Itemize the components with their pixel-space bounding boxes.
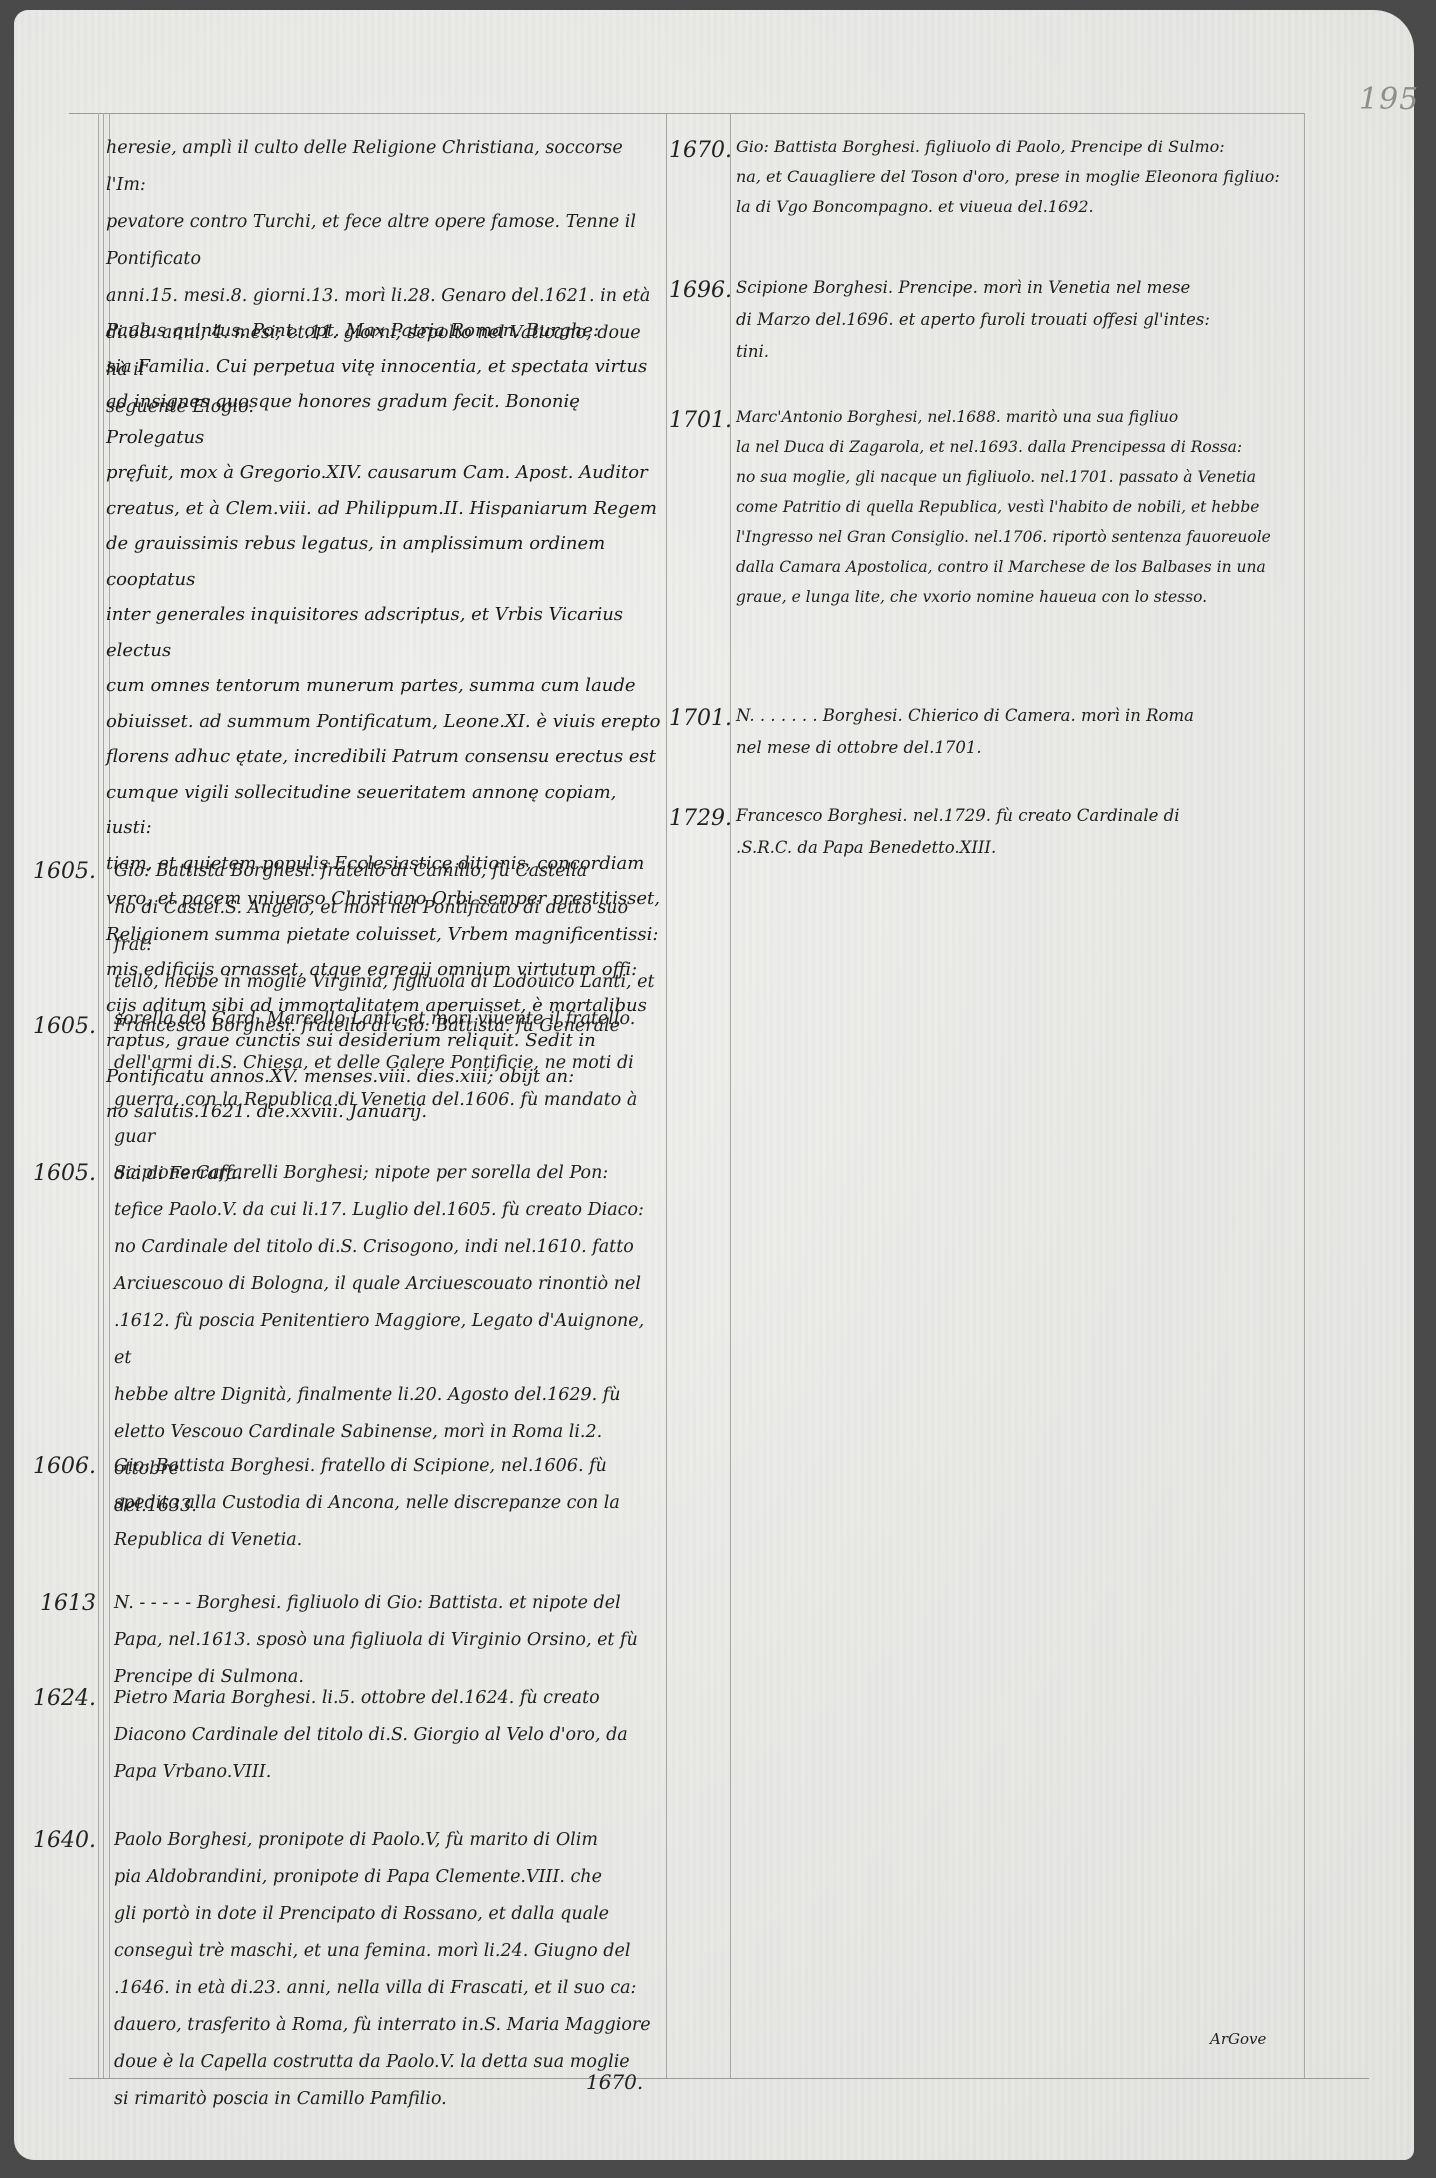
entry-year: 1613 (14, 1585, 96, 1622)
footer-year-marker: 1670. (586, 2070, 643, 2094)
entry-text: Scipione Borghesi. Prencipe. morì in Ven… (736, 272, 1316, 368)
entry-text: Gio: Battista Borghesi. figliuolo di Pao… (736, 132, 1316, 222)
entry-year: 1670. (650, 132, 732, 169)
entry-year: 1605. (14, 1008, 96, 1045)
left-margin-rule (98, 113, 99, 2078)
top-rule (69, 113, 1304, 114)
entry-text: Marc'Antonio Borghesi, nel.1688. maritò … (736, 402, 1316, 612)
manuscript-page: 195 heresie, amplì il culto delle Religi… (14, 10, 1414, 2160)
folio-number: 195 (1359, 82, 1419, 117)
entry-year: 1624. (14, 1680, 96, 1717)
entry-year: 1606. (14, 1448, 96, 1485)
entry-text: Francesco Borghesi. nel.1729. fù creato … (736, 800, 1316, 864)
entry-text: N. . . . . . . Borghesi. Chierico di Cam… (736, 700, 1316, 764)
entry-text: Pietro Maria Borghesi. li.5. ottobre del… (114, 1680, 664, 1791)
entry-year: 1701. (650, 402, 732, 439)
entry-year: 1696. (650, 272, 732, 309)
entry-year: 1729. (650, 800, 732, 837)
entry-year: 1640. (14, 1822, 96, 1859)
entry-text: Gio: Battista Borghesi. fratello di Scip… (114, 1448, 664, 1559)
left-year-rule (103, 113, 104, 2078)
entry-year: 1605. (14, 853, 96, 890)
entry-year: 1605. (14, 1155, 96, 1192)
entry-year: 1701. (650, 700, 732, 737)
catchword: ArGove (1210, 2030, 1266, 2048)
entry-text: Paolo Borghesi, pronipote di Paolo.V, fù… (114, 1822, 664, 2118)
